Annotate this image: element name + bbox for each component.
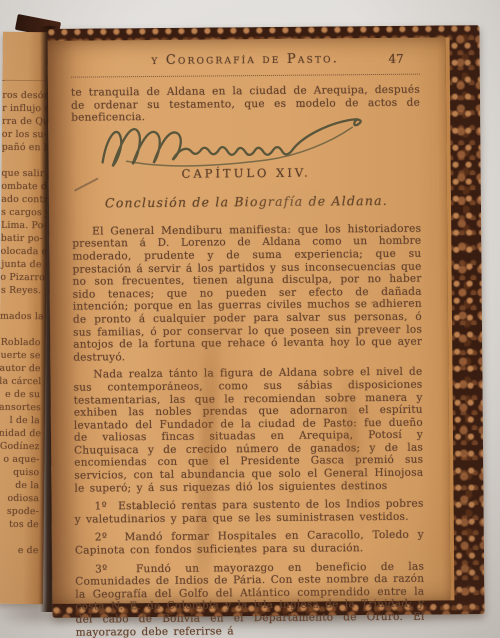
fragment-line: l de la xyxy=(0,414,40,427)
paragraph: Nada realza tánto la figura de Aldana so… xyxy=(73,366,423,495)
fragment-line: e de xyxy=(0,544,39,557)
fragment-line: autor de xyxy=(0,362,41,375)
fragment-line: ado contra xyxy=(1,193,42,206)
fragment-line: Lima. Po- xyxy=(1,219,42,232)
fragment-line: de la xyxy=(0,479,39,492)
fragment-line xyxy=(2,154,43,167)
item-marker: 2º xyxy=(95,532,108,544)
fragment-line: s cargos y xyxy=(1,206,42,219)
fragment-line xyxy=(0,323,41,336)
book-photograph: ros desórde-r influjo derra de Qui-or lo… xyxy=(0,0,500,638)
fragment-line: batir po- xyxy=(1,232,42,245)
fragment-line: o aque- xyxy=(0,453,40,466)
fragment-line: junta de xyxy=(0,258,41,271)
running-header: y Corografía de Pasto. 47 xyxy=(69,51,422,69)
book-cover-marbled-edge: y Corografía de Pasto. 47 te tranquila d… xyxy=(47,25,484,618)
fragment-line: tos de xyxy=(0,518,39,531)
fragment-line: r influjo de xyxy=(2,102,43,115)
destino-item: 3º Fundó un mayorazgo en beneficio de la… xyxy=(75,560,425,638)
fragment-line: ombate de xyxy=(1,180,42,193)
fragment-line: o Pizarro xyxy=(0,271,41,284)
fragment-line: la cárcel xyxy=(0,375,40,388)
header-title: y Corografía de Pasto. xyxy=(151,51,339,68)
fragment-line: s Reyes. xyxy=(0,284,41,297)
header-dotted-rule xyxy=(71,74,420,78)
paragraph: El General Mendiburu manifiesta: que los… xyxy=(72,222,422,364)
right-page: y Corografía de Pasto. 47 te tranquila d… xyxy=(48,37,455,603)
destino-item: 2º Mandó formar Hospitales en Caracollo,… xyxy=(75,529,424,557)
fragment-line: Godínez xyxy=(0,440,40,453)
item-text: Fundó un mayorazgo en beneficio de las C… xyxy=(75,560,424,638)
item-text: Estableció rentas para sustento de los I… xyxy=(75,498,424,526)
fragment-line: nidad de xyxy=(0,427,40,440)
item-marker: 3º xyxy=(95,563,108,575)
fragment-line: uerte se xyxy=(0,349,41,362)
fragment-line: que salir á xyxy=(1,167,42,180)
fragment-line: ros desórde- xyxy=(2,89,43,102)
fragment-line xyxy=(0,297,41,310)
fragment-line xyxy=(0,531,39,544)
fragment-line: pañó en la xyxy=(2,141,43,154)
handwritten-signature xyxy=(96,114,408,175)
fragment-line: quiso xyxy=(0,466,39,479)
fragment-line: ansortes xyxy=(0,401,40,414)
page-number: 47 xyxy=(388,52,403,66)
fragment-line: e de su xyxy=(0,388,40,401)
fragment-line: odiosa xyxy=(0,492,39,505)
destino-item: 1º Estableció rentas para sustento de lo… xyxy=(75,498,424,526)
fragment-line: mados la xyxy=(0,310,41,323)
fragment-line: spode- xyxy=(0,505,39,518)
section-title: Conclusión de la Biografía de Aldana. xyxy=(70,192,423,210)
fragment-line: olocada en xyxy=(1,245,42,258)
fragment-line: rra de Qui- xyxy=(2,115,43,128)
item-marker: 1º xyxy=(94,501,107,513)
item-text: Mandó formar Hospitales en Caracollo, To… xyxy=(75,529,424,557)
fragment-line: or los su- xyxy=(2,128,43,141)
fragment-line: Roblado xyxy=(0,336,41,349)
